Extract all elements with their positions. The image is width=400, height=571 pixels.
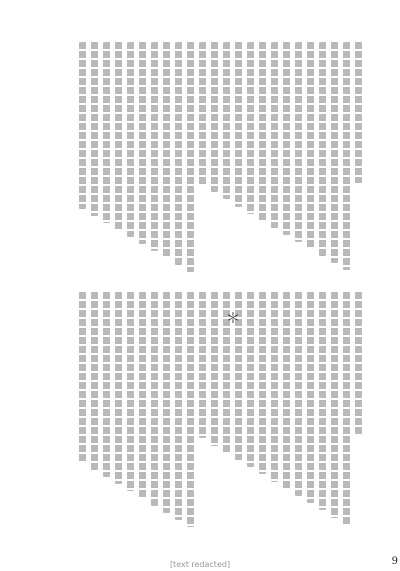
redacted-text-column	[91, 292, 98, 470]
redacted-text-column	[319, 42, 326, 256]
redacted-text-column	[211, 42, 218, 192]
redacted-text-column	[331, 292, 338, 518]
scene-break-asterisk: ＊	[226, 308, 240, 328]
redacted-text-column	[151, 292, 158, 506]
redacted-text-column	[151, 42, 158, 251]
redacted-text-column	[163, 292, 170, 513]
redacted-text-column	[211, 292, 218, 446]
redacted-text-column	[355, 292, 362, 436]
redacted-text-column	[79, 292, 86, 462]
redacted-text-column	[139, 292, 146, 498]
redacted-text-column	[139, 42, 146, 244]
redacted-text-column	[175, 42, 182, 265]
redacted-text-column	[223, 42, 230, 199]
redacted-text-column	[319, 292, 326, 510]
redacted-text-column	[355, 42, 362, 183]
redacted-text-column	[187, 42, 194, 272]
redacted-text-column	[295, 42, 302, 242]
redacted-text-column	[127, 292, 134, 491]
redacted-text-column	[79, 42, 86, 209]
redacted-text-column	[343, 42, 350, 270]
redacted-text-column	[175, 292, 182, 520]
redacted-text-column	[103, 42, 110, 223]
redacted-text-column	[283, 42, 290, 235]
redacted-text-column	[115, 42, 122, 230]
upper-text-block	[40, 42, 362, 277]
redacted-text-column	[331, 42, 338, 263]
redacted-text-column	[259, 292, 266, 474]
redacted-text-column	[163, 42, 170, 258]
redacted-text-column	[283, 292, 290, 489]
redacted-text-column	[199, 42, 206, 185]
lower-text-block	[40, 292, 362, 532]
redacted-text-column	[295, 292, 302, 496]
redacted-text-column	[271, 42, 278, 228]
redacted-text-column	[307, 292, 314, 503]
redacted-text-column	[91, 42, 98, 216]
redacted-text-column	[343, 292, 350, 525]
redacted-text-column	[259, 42, 266, 221]
redaction-note: [text redacted]	[0, 560, 400, 569]
redacted-text-column	[247, 42, 254, 214]
redacted-text-column	[115, 292, 122, 484]
redacted-text-column	[187, 292, 194, 527]
redacted-text-column	[307, 42, 314, 249]
redacted-text-column	[103, 292, 110, 477]
redacted-text-column	[127, 42, 134, 237]
redacted-text-column	[247, 292, 254, 467]
redacted-text-column	[235, 42, 242, 207]
redacted-text-column	[199, 292, 206, 438]
redacted-text-column	[271, 292, 278, 482]
